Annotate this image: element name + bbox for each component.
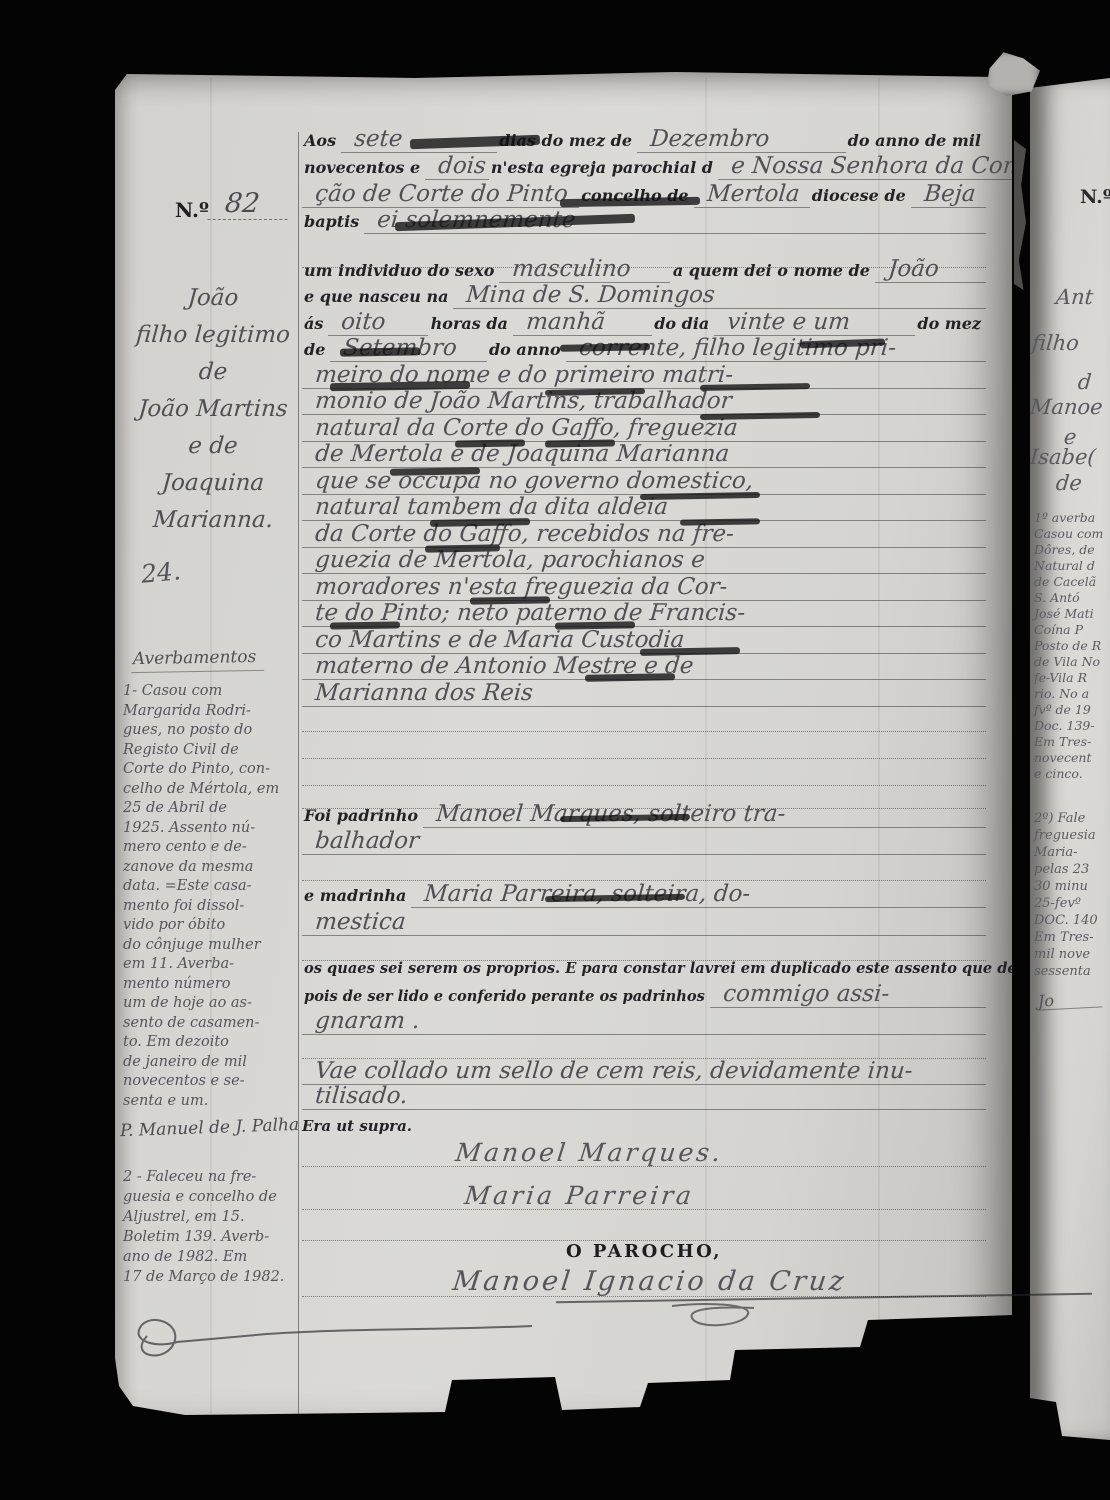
printed-label: ás (302, 315, 328, 336)
form-line-text: guezia de Mertola, parochianos e (302, 547, 986, 574)
annotation-line: de Vila No (1034, 654, 1110, 670)
form-line-clause: pois de ser lido e conferido perante os … (302, 981, 986, 1008)
margin-name-fragment: Ant (1055, 287, 1094, 308)
record-number: N.º 82 (175, 190, 289, 220)
annotation-line: fvº de 19 (1034, 702, 1110, 718)
annotation-line: 17 de Março de 1982. (123, 1267, 305, 1287)
godmother-signature-line: Maria Parreira (302, 1182, 986, 1210)
handwritten-text: natural da Corte do Gaffo, freguezia (302, 417, 988, 442)
margin-annotation-2: 2 - Faleceu na fre- guesia e concelho de… (123, 1167, 305, 1287)
annotation-line: vido por óbito (123, 916, 305, 936)
annotation-line: to. Em dezoito (123, 1033, 305, 1053)
printed-label: e madrinha (302, 887, 411, 908)
form-line-text: gnaram . (302, 1008, 986, 1035)
margin-name-line: João Martins (126, 391, 301, 428)
margin-name-line: João (126, 280, 301, 317)
printed-label: do mez (915, 315, 986, 336)
margin-name-fragment: Isabe( (1029, 447, 1096, 468)
annotation-line: Em Tres- (1034, 929, 1110, 946)
annotation-line: zanove da mesma (123, 858, 305, 878)
printed-era-label: Era ut supra. (302, 1119, 412, 1138)
annotation-line: Coína P (1034, 622, 1110, 638)
form-line-text: natural da Corte do Gaffo, freguezia (302, 415, 986, 442)
annotation-line: em 11. Averba- (123, 955, 305, 975)
handwritten-text: tilisado. (302, 1085, 988, 1110)
annotation-line: Doc. 139- (1034, 718, 1110, 734)
printed-label: diocese de (810, 187, 911, 208)
annotation-line: freguesia (1034, 827, 1110, 844)
form-line-text: moradores n'esta freguezia da Cor- (302, 574, 986, 601)
annotation-line: fe-Vila R (1034, 670, 1110, 686)
printed-clause: pois de ser lido e conferido perante os … (302, 989, 710, 1008)
printed-label: n'esta egreja parochial d (489, 159, 718, 180)
margin-annotation-2-signature: Jo (1038, 990, 1103, 1010)
form-line-text: Marianna dos Reis (302, 680, 986, 707)
handwritten-birthday: vinte e um (714, 311, 917, 336)
annotation-line: 1- Casou com (123, 682, 305, 702)
record-number-label: N.º (175, 200, 209, 220)
annotation-line: mero cento e de- (123, 838, 305, 858)
handwritten-godfather: Manoel Marques, solteiro tra- (423, 803, 988, 828)
margin-name-line: e de (126, 428, 301, 465)
margin-name-block: João filho legitimo de João Martins e de… (127, 280, 299, 539)
annotation-line: DOC. 140 (1034, 912, 1110, 929)
form-line-sex-name: um individuo do sexo masculino a quem de… (302, 256, 986, 283)
record-number-label: N.º (1080, 188, 1110, 207)
handwritten-text: monio de João Martins, trabalhador (302, 390, 988, 415)
form-line-birthtime: ás oito horas da manhã do dia vinte e um… (302, 309, 986, 336)
annotation-line: e cinco. (1034, 766, 1110, 782)
register-book-photo: N.º 82 João filho legitimo de João Marti… (0, 0, 1110, 1500)
handwritten-godmother: Maria Parreira, solteira, do- (411, 883, 988, 908)
printed-clause: os quaes sei serem os proprios. E para c… (302, 961, 1028, 980)
annotation-line: mento foi dissol- (123, 897, 305, 917)
handwritten-month: Dezembro (637, 128, 848, 153)
printed-label: baptis (302, 213, 364, 234)
form-line-text: tilisado. (302, 1083, 986, 1110)
form-line-text: de Mertola e de Joaquina Marianna (302, 441, 986, 468)
printed-label: de (302, 341, 330, 362)
annotation-line: de janeiro de mil (123, 1053, 305, 1073)
margin-annotation-1-fragment: 1º averba Casou com Dôres, de Natural d … (1034, 510, 1110, 782)
annotation-line: celho de Mértola, em (123, 780, 305, 800)
form-line-date: Aos sete dias do mez de Dezembro do anno… (302, 126, 986, 153)
margin-name-fragment: d (1077, 372, 1092, 393)
printed-label: horas da (429, 315, 513, 336)
ruled-line (302, 785, 986, 786)
record-number-value: 82 (207, 190, 291, 220)
handwritten-text: Marianna dos Reis (302, 682, 988, 707)
annotation-line: ano de 1982. Em (123, 1247, 305, 1267)
annotation-line: Natural d (1034, 558, 1110, 574)
handwritten-sex: masculino (499, 258, 673, 283)
handwritten-hour: oito (328, 311, 430, 336)
margin-annotation-2-fragment: 2º) Fale freguesia Maria- pelas 23 30 mi… (1034, 810, 1110, 980)
printed-label: do anno (487, 341, 566, 362)
ink-overwrite-mark (545, 439, 615, 447)
annotation-line: mento número (123, 975, 305, 995)
annotation-line: José Mati (1034, 606, 1110, 622)
godfather-signature: Manoel Marques. (442, 1140, 729, 1166)
annotation-line: 25-fevº (1034, 895, 1110, 912)
margin-name-line: de (126, 354, 301, 391)
form-line-year-parish: novecentos e dois n'esta egreja parochia… (302, 153, 986, 180)
margin-name-fragment: filho (1031, 333, 1080, 354)
annotation-line: sessenta (1034, 963, 1110, 980)
handwritten-text: balhador (302, 830, 988, 855)
margin-name-line: filho legitimo (126, 317, 301, 354)
annotation-line: Boletim 139. Averb- (123, 1227, 305, 1247)
annotation-line: data. =Este casa- (123, 877, 305, 897)
margin-annotation-1-signature: P. Manuel de J. Palha (120, 1117, 300, 1140)
register-left-page: N.º 82 João filho legitimo de João Marti… (115, 68, 1012, 1428)
handwritten-text: mestica (302, 911, 988, 936)
handwritten-stamp-note: Vae collado um sello de cem reis, devida… (302, 1060, 988, 1085)
annotation-line: Casou com (1034, 526, 1110, 542)
form-line-text: da Corte do Gaffo, recebidos na fre- (302, 521, 986, 548)
margin-name-fragment: de (1055, 473, 1083, 494)
annotation-line: S. Antó (1034, 590, 1110, 606)
form-line-birthplace: e que nasceu na Mina de S. Domingos (302, 282, 986, 309)
margin-name-line: Joaquina (126, 465, 301, 502)
annotation-line: Dôres, de (1034, 542, 1110, 558)
ink-overwrite-mark (555, 621, 635, 629)
annotation-line: Registo Civil de (123, 741, 305, 761)
ink-overwrite-mark (455, 439, 525, 447)
printed-label: Aos (302, 132, 341, 153)
register-right-page: N.º Ant filho d Manoe e Isabe( de 1º ave… (1030, 76, 1110, 1446)
handwritten-text: commigo assi- (710, 983, 988, 1008)
priest-signature-line: Manoel Ignacio da Cruz (302, 1269, 986, 1297)
parocho-heading: O PAROCHO, (566, 1243, 722, 1265)
ink-overwrite-mark (330, 621, 400, 629)
annotation-line: Corte do Pinto, con- (123, 760, 305, 780)
annotation-line: Maria- (1034, 844, 1110, 861)
printed-label: do dia (652, 315, 714, 336)
handwritten-parish: e Nossa Senhora da Concei- (718, 155, 1064, 180)
form-line-stamp-note: Vae collado um sello de cem reis, devida… (302, 1058, 986, 1085)
margin-annotations-title: Averbamentos (131, 649, 265, 673)
annotation-line: 30 minu (1034, 878, 1110, 895)
handwritten-birthplace: Mina de S. Domingos (453, 284, 988, 309)
ink-overwrite-mark (340, 347, 420, 356)
ink-overwrite-mark (470, 596, 550, 604)
ruled-line (302, 758, 986, 759)
handwritten-text: da Corte do Gaffo, recebidos na fre- (302, 523, 988, 548)
annotation-line: 1925. Assento nú- (123, 819, 305, 839)
form-line-era: Era ut supra. (302, 1111, 986, 1138)
annotation-line: novecentos e se- (123, 1072, 305, 1092)
handwritten-name: João (875, 258, 988, 283)
priest-signature: Manoel Ignacio da Cruz (439, 1268, 852, 1296)
annotation-line: rio. No a (1034, 686, 1110, 702)
form-line-clause: os quaes sei serem os proprios. E para c… (302, 953, 986, 980)
annotation-line: guesia e concelho de (123, 1187, 305, 1207)
handwritten-text: te do Pinto; neto paterno de Francis- (302, 602, 988, 627)
torn-paper-scrap (1014, 140, 1026, 290)
ruled-line (302, 731, 986, 732)
annotation-line: gues, no posto do (123, 721, 305, 741)
margin-name-line: Marianna. (126, 502, 301, 539)
annotation-line: Em Tres- (1034, 734, 1110, 750)
annotation-line: novecent (1034, 750, 1110, 766)
margin-page-number: 24. (140, 558, 182, 586)
form-line-text: mestica (302, 909, 986, 936)
annotation-line: 2º) Fale (1034, 810, 1110, 827)
annotation-line: um de hoje ao as- (123, 994, 305, 1014)
annotation-line: 1º averba (1034, 510, 1110, 526)
margin-annotation-1: 1- Casou com Margarida Rodri- gues, no p… (123, 682, 305, 1111)
handwritten-concelho: Mertola (694, 183, 812, 208)
annotation-line: de Cacelã (1034, 574, 1110, 590)
printed-label: a quem dei o nome de (671, 262, 875, 283)
handwritten-text: gnaram . (302, 1010, 988, 1035)
form-line-text: te do Pinto; neto paterno de Francis- (302, 600, 986, 627)
handwritten-year: dois (425, 155, 491, 180)
annotation-line: senta e um. (123, 1092, 305, 1112)
annotation-line: Posto de R (1034, 638, 1110, 654)
annotation-line: do cônjuge mulher (123, 936, 305, 956)
handwritten-daypart: manhã (513, 311, 654, 336)
signature-flourish-loop (668, 1300, 758, 1334)
parocho-heading-row: O PAROCHO, (302, 1238, 986, 1265)
ink-overwrite-mark (425, 544, 500, 552)
annotation-line: mil nove (1034, 946, 1110, 963)
godfather-signature-line: Manoel Marques. (302, 1139, 986, 1167)
printed-label: um individuo do sexo (302, 262, 499, 283)
annotation-line: 25 de Abril de (123, 799, 305, 819)
handwritten-text: guezia de Mertola, parochianos e (302, 549, 988, 574)
annotation-line: Margarida Rodri- (123, 702, 305, 722)
printed-label: do anno de mil (846, 132, 986, 153)
handwritten-text: moradores n'esta freguezia da Cor- (302, 576, 988, 601)
form-line-text: balhador (302, 828, 986, 855)
annotation-line: 2 - Faleceu na fre- (123, 1167, 305, 1187)
printed-label: novecentos e (302, 159, 425, 180)
printed-label: Foi padrinho (302, 807, 423, 828)
godmother-signature: Maria Parreira (451, 1183, 700, 1209)
annotation-line: pelas 23 (1034, 861, 1110, 878)
handwritten-text: de Mertola e de Joaquina Marianna (302, 443, 988, 468)
annotation-line: sento de casamen- (123, 1014, 305, 1034)
printed-label: e que nasceu na (302, 288, 453, 309)
handwritten-diocese: Beja (911, 183, 988, 208)
margin-name-fragment: Manoe (1029, 397, 1103, 418)
handwritten-parish-cont: ção de Corte do Pinto (302, 183, 581, 208)
margin-flourish (117, 1306, 537, 1366)
annotation-line: Aljustrel, em 15. (123, 1207, 305, 1227)
